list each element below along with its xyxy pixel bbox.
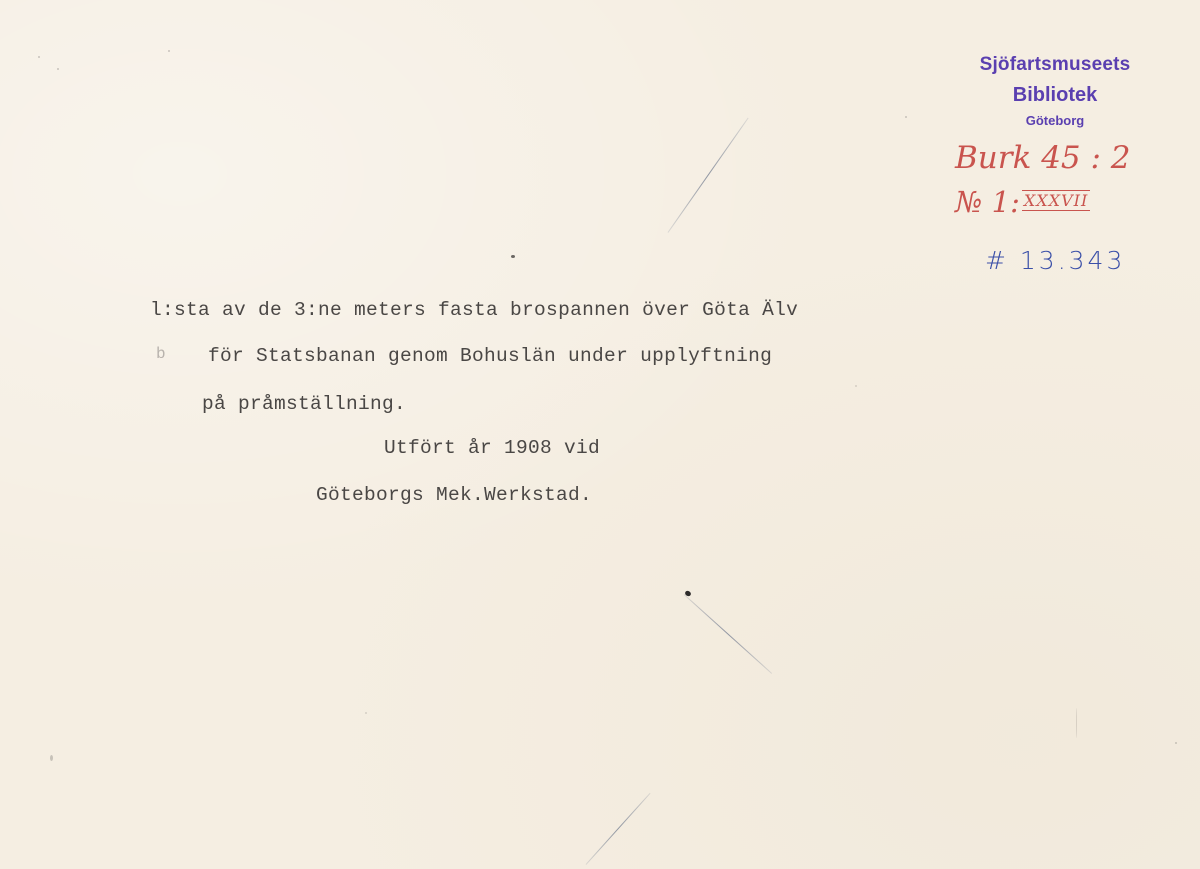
caption-line-5: Göteborgs Mek.Werkstad. xyxy=(316,483,592,507)
dust-speck xyxy=(50,755,53,761)
scratch-mark xyxy=(668,118,749,233)
shelf-number-roman: XXXVII xyxy=(1022,190,1090,211)
caption-line-4: Utfört år 1908 vid xyxy=(384,436,600,460)
stamp-city: Göteborg xyxy=(950,110,1160,132)
dust-speck xyxy=(57,68,59,70)
dust-speck xyxy=(905,116,907,118)
caption-line-1: l:sta av de 3:ne meters fasta brospannen… xyxy=(150,298,798,322)
dust-speck xyxy=(1175,742,1177,744)
ink-speck xyxy=(511,255,515,258)
caption-line-3: på pråmställning. xyxy=(202,392,406,416)
dust-speck xyxy=(855,385,857,387)
stamp-library: Bibliotek xyxy=(950,80,1160,110)
handwritten-shelf-number: № 1:XXXVII xyxy=(955,182,1090,227)
margin-mark: b xyxy=(156,345,166,363)
document-page: Sjöfartsmuseets Bibliotek Göteborg Burk … xyxy=(0,0,1200,869)
handwritten-shelf-box: Burk 45 : 2 xyxy=(955,138,1131,178)
dust-speck xyxy=(168,50,170,52)
dust-speck xyxy=(38,56,40,58)
stamp-museum-name: Sjöfartsmuseets xyxy=(950,50,1160,80)
scratch-mark xyxy=(684,594,772,674)
shelf-number-prefix: № 1: xyxy=(955,185,1020,219)
dust-speck xyxy=(1076,708,1077,738)
library-stamp: Sjöfartsmuseets Bibliotek Göteborg xyxy=(950,50,1160,132)
scratch-mark xyxy=(586,793,651,865)
caption-line-2: för Statsbanan genom Bohuslän under uppl… xyxy=(208,344,772,368)
dust-speck xyxy=(365,712,367,714)
handwritten-accession-number: # 13.343 xyxy=(985,243,1125,279)
